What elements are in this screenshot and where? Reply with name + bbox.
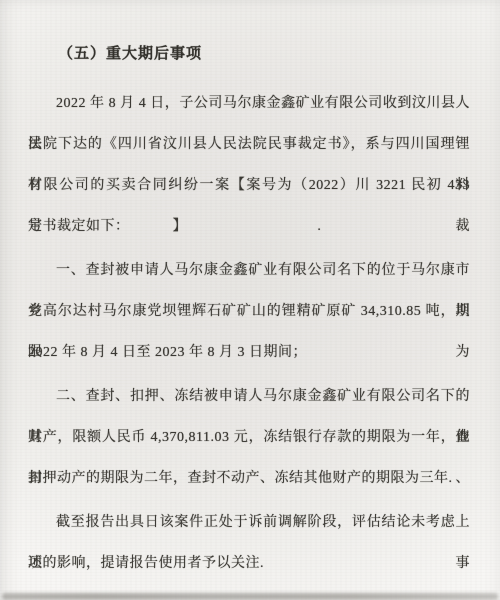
paragraph-line: 一、查封被申请人马尔康金鑫矿业有限公司名下的位于马尔康市党坝 bbox=[28, 250, 470, 291]
paragraph-line: 乡高尔达村马尔康党坝锂辉石矿矿山的锂精矿原矿 34,310.85 吨，期限为 bbox=[28, 291, 470, 332]
paragraph-line: 二、查封、扣押、冻结被申请人马尔康金鑫矿业有限公司名下的其他 bbox=[28, 376, 470, 417]
paragraph-line: 截至报告出具日该案件正处于诉前调解阶段，评估结论未考虑上述事 bbox=[28, 502, 470, 543]
paragraph-line: 财产，限额人民币 4,370,811.03 元，冻结银行存款的期限为一年，查封、 bbox=[28, 417, 470, 458]
document-body: （五）重大期后事项 2022 年 8 月 4 日，子公司马尔康金鑫矿业有限公司收… bbox=[0, 0, 500, 584]
paragraph-line: 2022 年 8 月 4 日，子公司马尔康金鑫矿业有限公司收到汶川县人民 bbox=[28, 83, 470, 124]
paragraph-line: 扣押动产的期限为二年，查封不动产、冻结其他财产的期限为三年. bbox=[28, 458, 470, 499]
section-heading: （五）重大期后事项 bbox=[28, 43, 470, 65]
paragraph-line: 法院下达的《四川省汶川县人民法院民事裁定书》，系与四川国理锂材料 bbox=[28, 124, 470, 165]
page-bottom-edge-shadow bbox=[2, 593, 498, 600]
scanned-document-page: （五）重大期后事项 2022 年 8 月 4 日，子公司马尔康金鑫矿业有限公司收… bbox=[0, 0, 500, 600]
paragraph-line: 有限公司的买卖合同纠纷一案【案号为（2022）川 3221 民初 433 号】.… bbox=[28, 165, 470, 206]
